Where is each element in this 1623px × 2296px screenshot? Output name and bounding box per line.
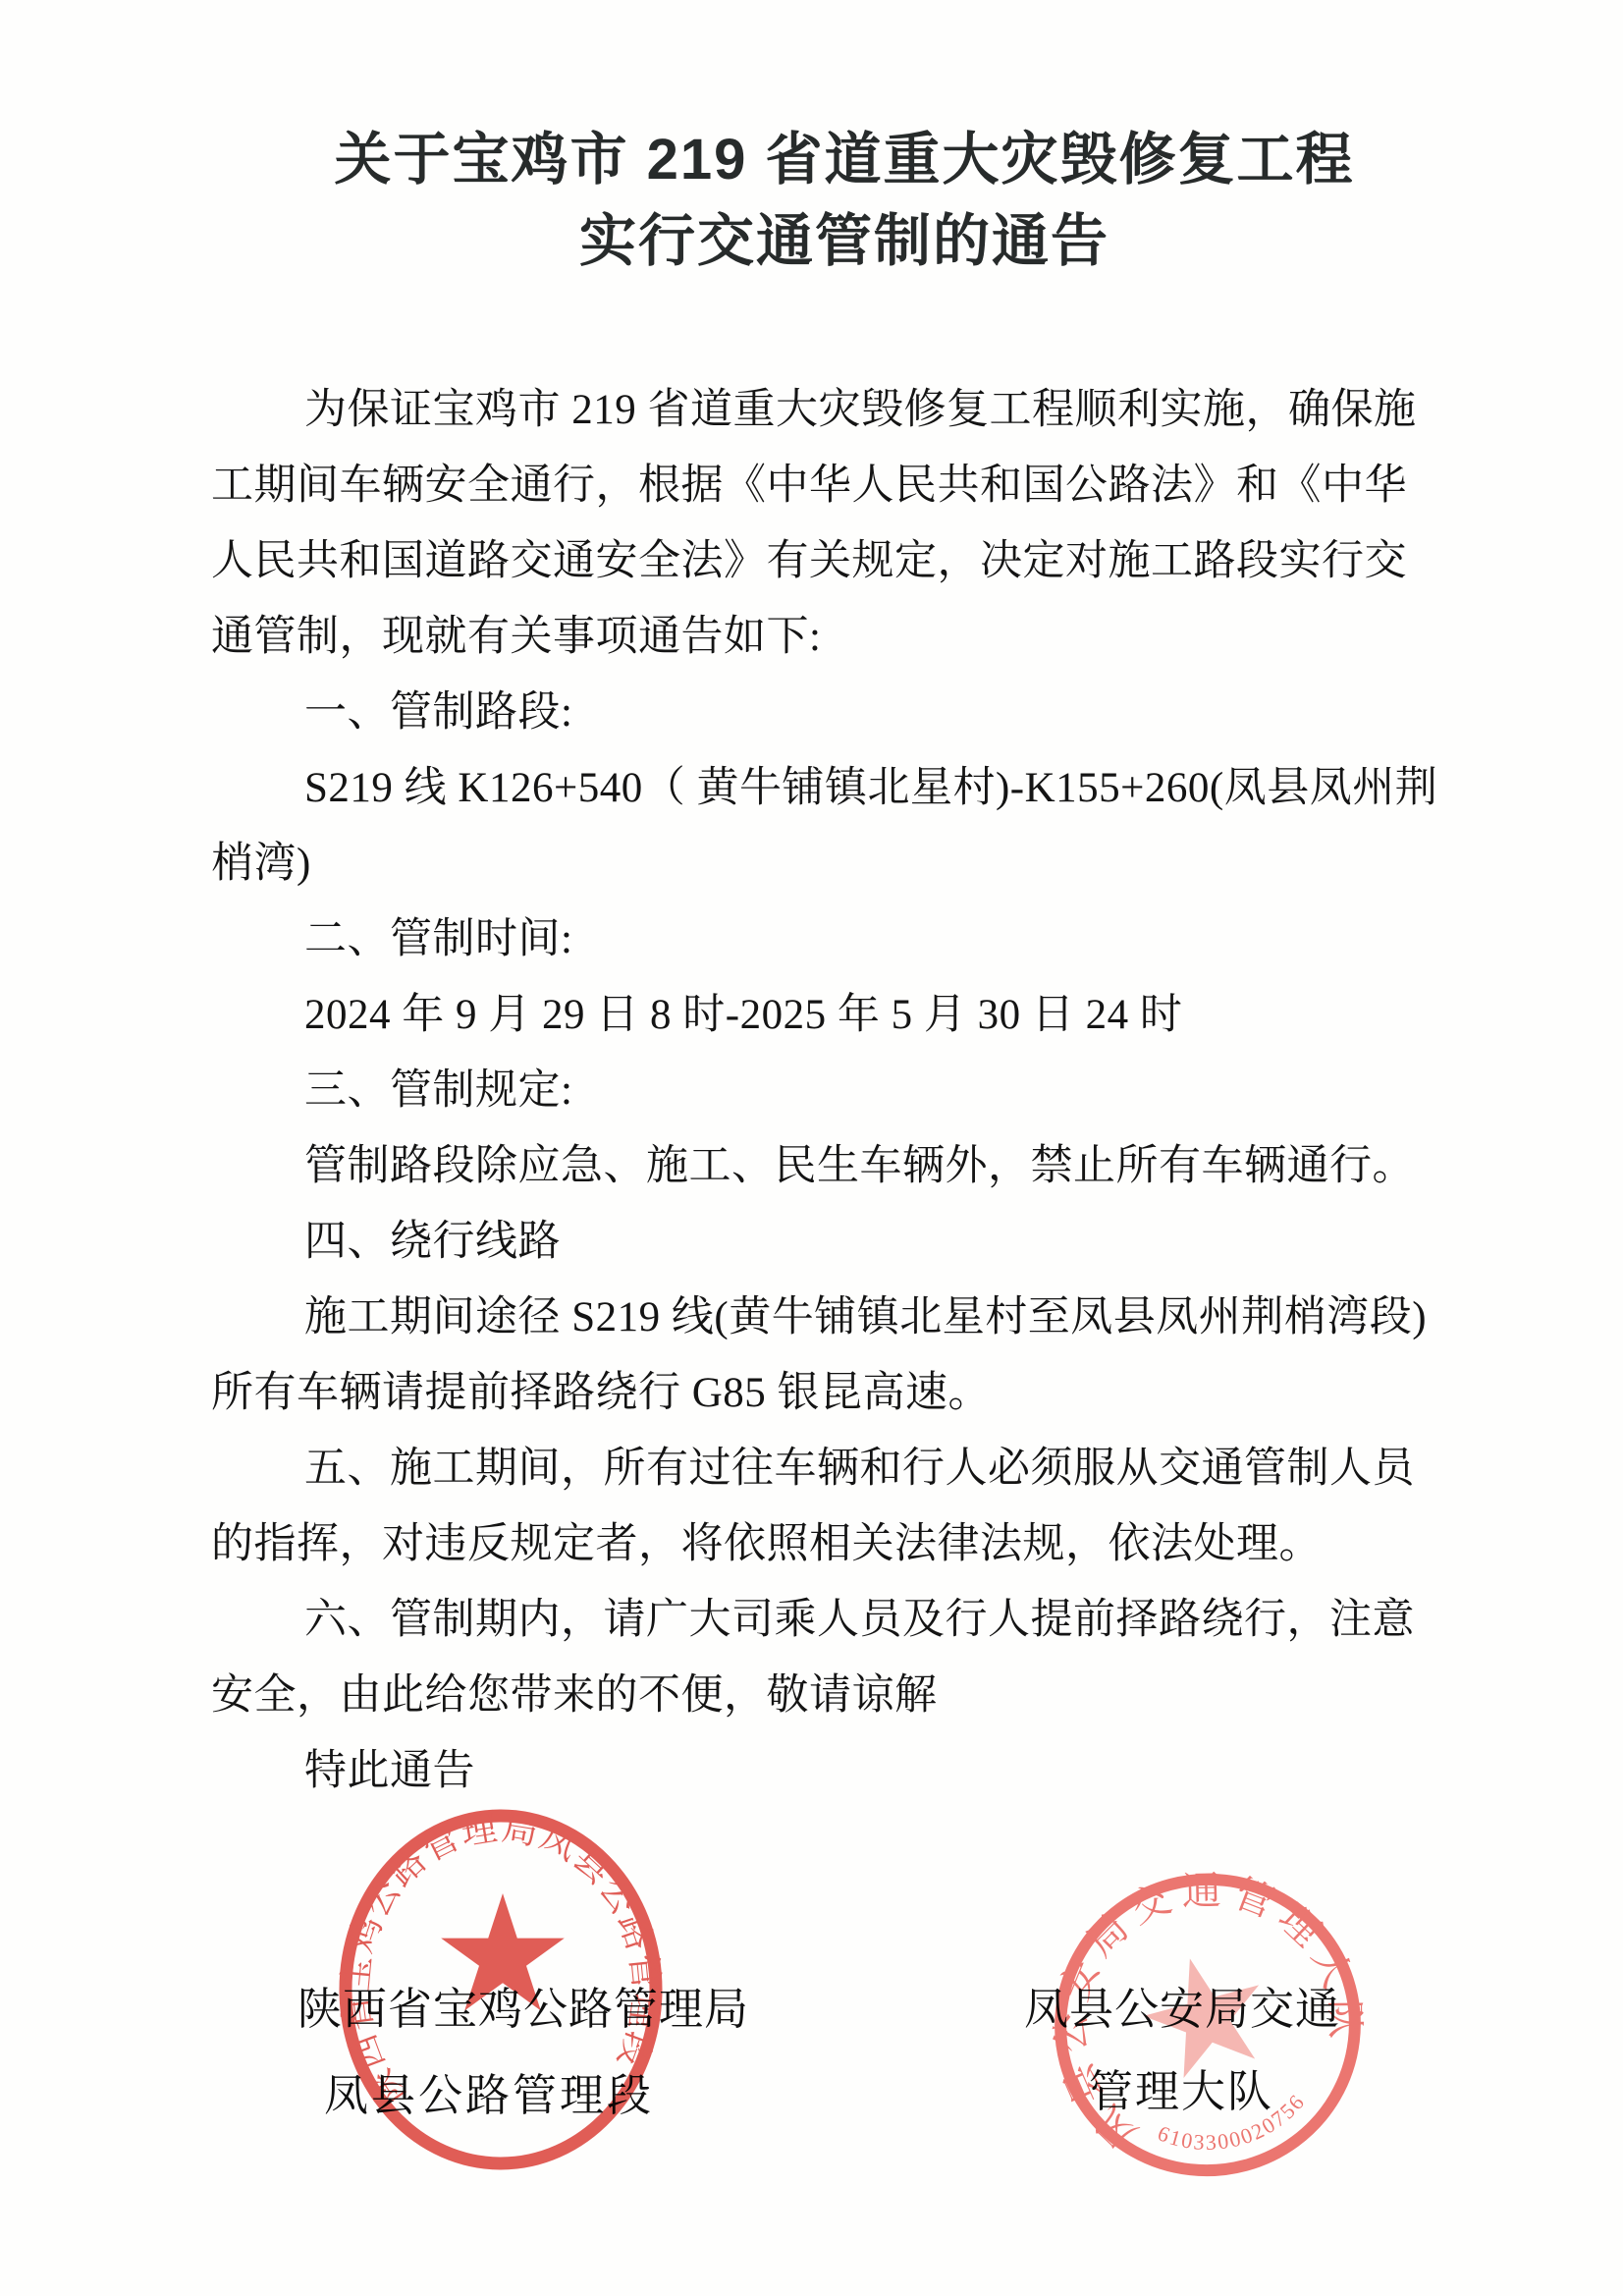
body-line: 为保证宝鸡市 219 省道重大灾毁修复工程顺利实施，确保施 (211, 372, 1517, 448)
body-line: 安全，由此给您带来的不便，敬请谅解 (211, 1658, 1517, 1733)
body-line: 施工期间途径 S219 线(黄牛铺镇北星村至凤县凤州荆梢湾段) (211, 1280, 1517, 1355)
body-line-section-4: 四、绕行线路 (211, 1204, 1517, 1280)
body-line: 通管制，现就有关事项通告如下: (211, 599, 1517, 675)
notice-document-page: 关于宝鸡市 219 省道重大灾毁修复工程 实行交通管制的通告 为保证宝鸡市 21… (0, 0, 1623, 2296)
official-seal-highway-bureau: 陕西省宝鸡公路管理局凤县公路管理段 (324, 1793, 677, 2186)
star-icon (1132, 1943, 1277, 2084)
body-line: S219 线 K126+540（ 黄牛铺镇北星村)-K155+260(凤县凤州荆 (211, 750, 1517, 826)
seal-number: 6103300020756 (1149, 2083, 1316, 2171)
title-line-2: 实行交通管制的通告 (0, 200, 1623, 282)
body-line-section-6: 六、管制期内，请广大司乘人员及行人提前择路绕行，注意 (211, 1582, 1517, 1658)
body-line: 管制路段除应急、施工、民生车辆外，禁止所有车辆通行。 (211, 1128, 1517, 1204)
body-line-section-3: 三、管制规定: (211, 1053, 1517, 1128)
notice-body: 为保证宝鸡市 219 省道重大灾毁修复工程顺利实施，确保施 工期间车辆安全通行，… (211, 372, 1517, 1809)
official-seal-traffic-police: 凤县公安局交通管理大队 6103300020756 (1031, 1848, 1384, 2202)
body-line: 的指挥，对违反规定者，将依照相关法律法规，依法处理。 (211, 1506, 1517, 1582)
body-line: 2024 年 9 月 29 日 8 时-2025 年 5 月 30 日 24 时 (211, 977, 1517, 1053)
star-icon (441, 1893, 565, 2010)
body-line: 所有车辆请提前择路绕行 G85 银昆高速。 (211, 1355, 1517, 1431)
body-line-section-1: 一、管制路段: (211, 675, 1517, 750)
body-line-section-2: 二、管制时间: (211, 902, 1517, 977)
body-line: 人民共和国道路交通安全法》有关规定，决定对施工路段实行交 (211, 523, 1517, 599)
body-line: 工期间车辆安全通行，根据《中华人民共和国公路法》和《中华 (211, 448, 1517, 523)
body-line-section-5: 五、施工期间，所有过往车辆和行人必须服从交通管制人员 (211, 1431, 1517, 1506)
document-title: 关于宝鸡市 219 省道重大灾毁修复工程 实行交通管制的通告 (0, 119, 1623, 282)
body-line: 梢湾) (211, 826, 1517, 902)
title-line-1: 关于宝鸡市 219 省道重大灾毁修复工程 (0, 119, 1623, 200)
